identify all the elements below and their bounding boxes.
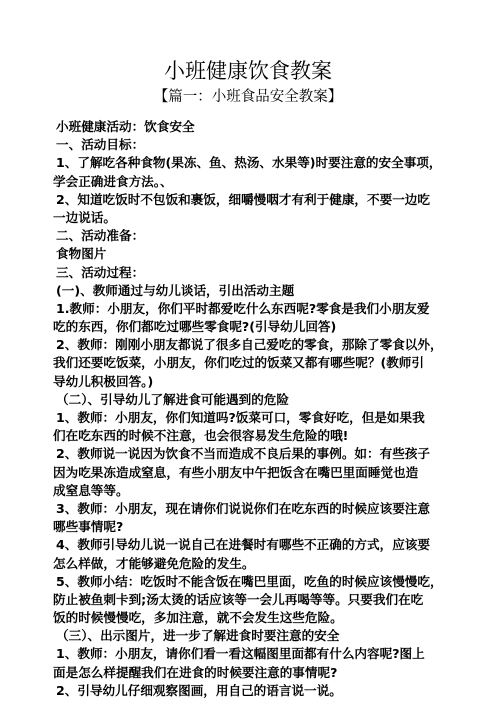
paragraph-line: 1.教师：小朋友，你们平时都爱吃什么东西呢?零食是我们小朋友爱	[53, 300, 463, 318]
paragraph-line: 小班健康活动：饮食安全	[53, 118, 463, 136]
paragraph-line: 哪些事情呢?	[53, 518, 463, 536]
paragraph-line: 2、知道吃饭时不包饭和裹饭，细嚼慢咽才有利于健康，不要一边吃	[53, 191, 463, 209]
paragraph-line: 5、教师小结：吃饭时不能含饭在嘴巴里面，吃鱼的时候应该慢慢吃，	[53, 573, 463, 591]
paragraph-line: 怎么样做，才能够避免危险的发生。	[53, 555, 463, 573]
paragraph-line: 二、活动准备：	[53, 227, 463, 245]
paragraph-line: 学会正确进食方法。、	[53, 173, 463, 191]
paragraph-line: 饭的时候慢慢吃，多加注意，就不会发生这些危险。	[53, 609, 463, 627]
paragraph-line: 1、教师：小朋友，请你们看一看这幅图里面都有什么内容呢?图上	[53, 645, 463, 663]
paragraph-line: 三、活动过程：	[53, 264, 463, 282]
paragraph-line: 3、教师：小朋友，现在请你们说说你们在吃东西的时候应该要注意	[53, 500, 463, 518]
paragraph-line: 防止被鱼刺卡到;汤太烫的话应该等一会儿再喝等等。只要我们在吃	[53, 591, 463, 609]
document-title: 小班健康饮食教案	[0, 58, 496, 84]
paragraph-line: 导幼儿积极回答。)	[53, 373, 463, 391]
paragraph-line: 们在吃东西的时候不注意，也会很容易发生危险的哦!	[53, 427, 463, 445]
paragraph-line: 2、教师：刚刚小朋友都说了很多自己爱吃的零食，那除了零食以外，	[53, 336, 463, 354]
paragraph-line: （三）、出示图片，进一步了解进食时要注意的安全	[53, 627, 463, 645]
paragraph-line: 吃的东西，你们都吃过哪些零食呢?(引导幼儿回答)	[53, 318, 463, 336]
paragraph-line: 4、教师引导幼儿说一说自己在进餐时有哪些不正确的方式，应该要	[53, 536, 463, 554]
paragraph-line: 一、活动目标：	[53, 136, 463, 154]
paragraph-line: 一边说话。	[53, 209, 463, 227]
paragraph-line: （二）、引导幼儿了解进食可能遇到的危险	[53, 391, 463, 409]
paragraph-line: 成窒息等等。	[53, 482, 463, 500]
paragraph-line: 因为吃果冻造成窒息，有些小朋友中午把饭含在嘴巴里面睡觉也造	[53, 464, 463, 482]
document-body: 小班健康活动：饮食安全一、活动目标：1、了解吃各种食物(果冻、鱼、热汤、水果等)…	[53, 118, 463, 700]
paragraph-line: 1、教师：小朋友，你们知道吗?饭菜可口，零食好吃，但是如果我	[53, 409, 463, 427]
paragraph-line: 1、了解吃各种食物(果冻、鱼、热汤、水果等)时要注意的安全事项，	[53, 154, 463, 172]
paragraph-line: (一)、教师通过与幼儿谈话，引出活动主题	[53, 282, 463, 300]
paragraph-line: 食物图片	[53, 245, 463, 263]
document-subtitle: 【篇一：小班食品安全教案】	[0, 88, 496, 106]
paragraph-line: 2、引导幼儿仔细观察图画，用自己的语言说一说。	[53, 682, 463, 700]
paragraph-line: 面是怎么样提醒我们在进食的时候要注意的事情呢?	[53, 664, 463, 682]
paragraph-line: 我们还要吃饭菜，小朋友，你们吃过的饭菜又都有哪些呢？(教师引	[53, 354, 463, 372]
paragraph-line: 2、教师说一说因为饮食不当而造成不良后果的事例。如：有些孩子	[53, 445, 463, 463]
